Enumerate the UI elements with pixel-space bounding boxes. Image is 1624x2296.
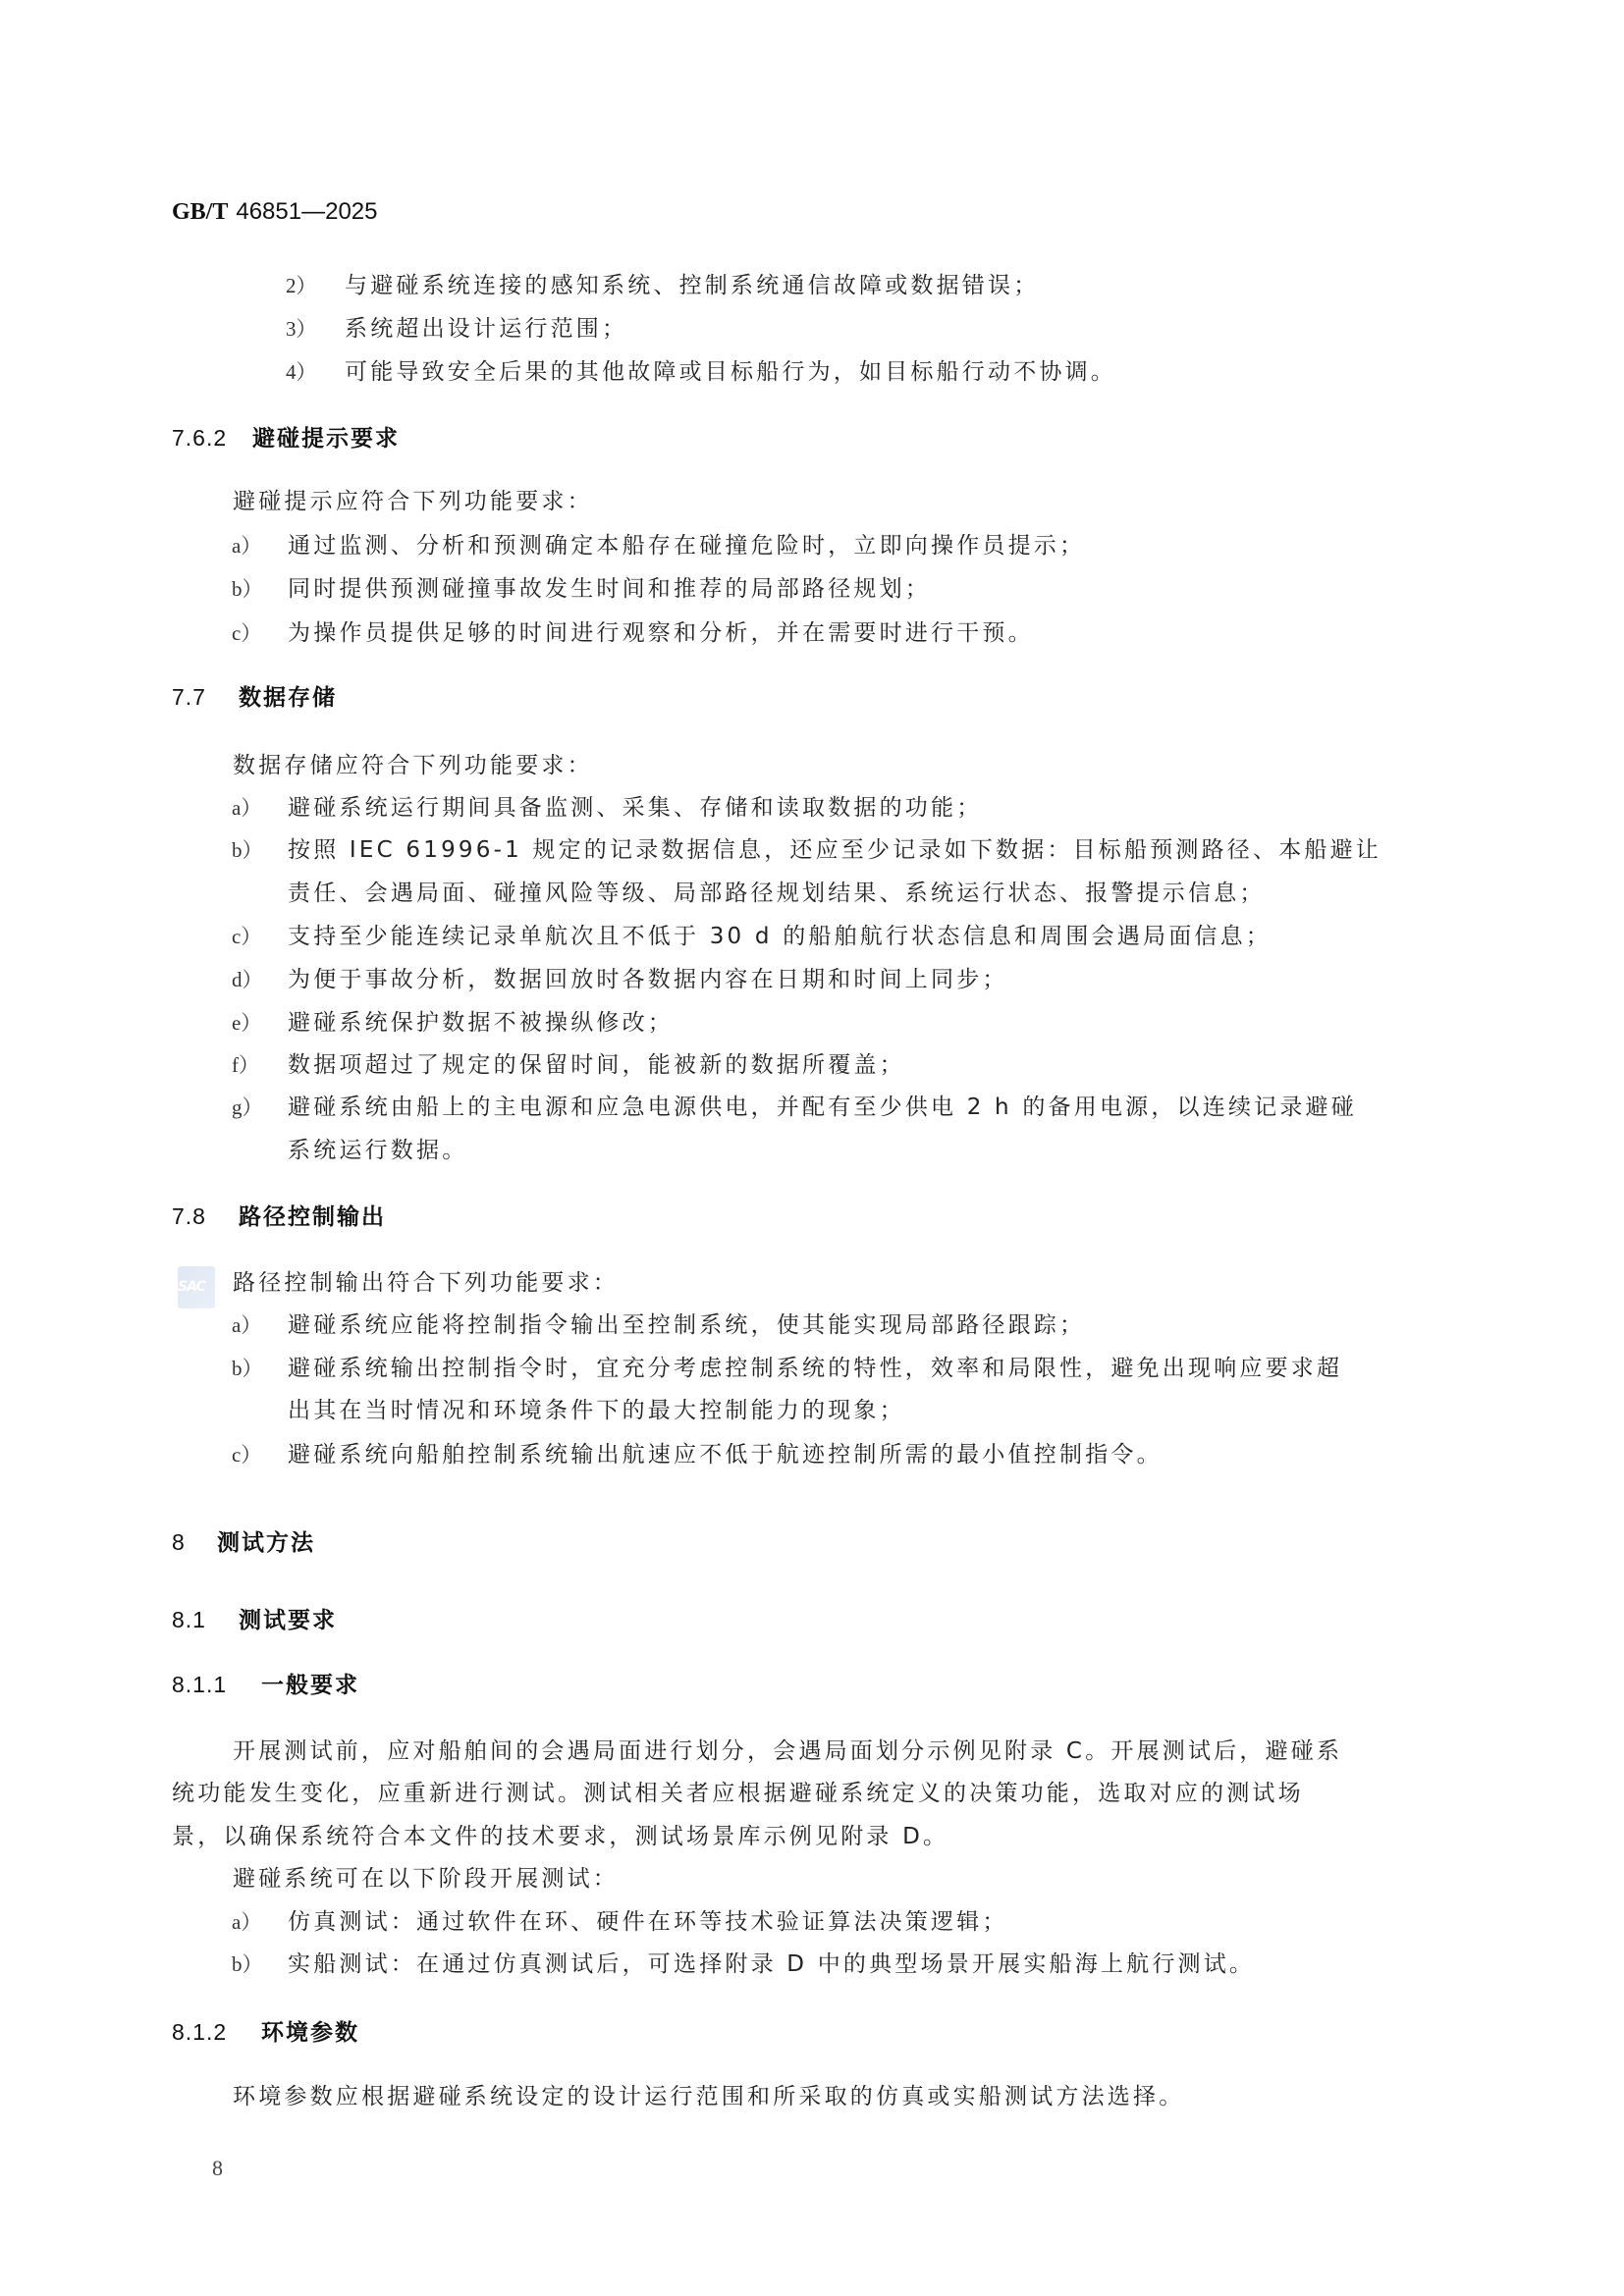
list-label: c） (232, 618, 261, 648)
section-number: 8 (172, 1527, 217, 1557)
paragraph-line: 统功能发生变化，应重新进行测试。测试相关者应根据避碰系统定义的决策功能，选取对应… (172, 1779, 1304, 1808)
list-label: e） (232, 1008, 261, 1038)
list-item: 可能导致安全后果的其他故障或目标船行为，如目标船行动不协调。 (345, 357, 1116, 387)
section-number: 7.8 (172, 1201, 239, 1231)
paragraph-line: 开展测试前，应对船舶间的会遇局面进行划分，会遇局面划分示例见附录 C。开展测试后… (233, 1736, 1342, 1766)
section-number: 8.1 (172, 1605, 239, 1634)
list-item: 避碰系统保护数据不被操纵修改； (288, 1008, 674, 1038)
list-item: 按照 IEC 61996-1 规定的记录数据信息，还应至少记录如下数据：目标船预… (288, 835, 1381, 865)
section-title: 测试要求 (239, 1608, 337, 1633)
section-title: 环境参数 (261, 2020, 359, 2046)
list-item-continuation: 责任、会遇局面、碰撞风险等级、局部路径规划结果、系统运行状态、报警提示信息； (288, 879, 1266, 908)
section-heading-7-8: 7.8路径控制输出 (172, 1201, 386, 1232)
standard-prefix: GB/T (172, 199, 228, 225)
section-title: 数据存储 (239, 685, 337, 711)
list-item: 实船测试：在通过仿真测试后，可选择附录 D 中的典型场景开展实船海上航行测试。 (288, 1949, 1255, 1979)
list-label: c） (232, 922, 261, 951)
section-title: 路径控制输出 (239, 1204, 386, 1230)
section-intro: 避碰提示应符合下列功能要求： (233, 487, 593, 516)
list-label: f） (232, 1050, 259, 1080)
section-intro: 避碰系统可在以下阶段开展测试： (233, 1864, 619, 1894)
section-intro: 路径控制输出符合下列功能要求： (233, 1268, 619, 1298)
list-label: a） (232, 531, 261, 561)
section-number: 8.1.2 (172, 2017, 261, 2047)
section-heading-8-1: 8.1测试要求 (172, 1605, 337, 1635)
list-item: 避碰系统由船上的主电源和应急电源供电，并配有至少供电 2 h 的备用电源，以连续… (288, 1093, 1357, 1122)
list-label: 2） (286, 271, 317, 300)
list-item: 避碰系统输出控制指令时，宜充分考虑控制系统的特性，效率和局限性，避免出现响应要求… (288, 1354, 1342, 1383)
list-item: 同时提供预测碰撞事故发生时间和推荐的局部路径规划； (288, 574, 931, 604)
list-item: 为操作员提供足够的时间进行观察和分析，并在需要时进行干预。 (288, 618, 1034, 648)
list-label: b） (232, 1354, 263, 1383)
list-label: 3） (286, 314, 317, 344)
list-label: b） (232, 574, 263, 604)
list-label: c） (232, 1440, 261, 1469)
list-item: 避碰系统应能将控制指令输出至控制系统，使其能实现局部路径跟踪； (288, 1310, 1085, 1340)
list-label: b） (232, 1949, 263, 1979)
section-title: 测试方法 (217, 1530, 315, 1556)
section-title: 避碰提示要求 (252, 426, 400, 452)
list-item: 通过监测、分析和预测确定本船存在碰撞危险时，立即向操作员提示； (288, 531, 1085, 561)
section-number: 8.1.1 (172, 1670, 261, 1699)
list-label: a） (232, 1907, 261, 1937)
list-label: 4） (286, 357, 317, 387)
list-item: 数据项超过了规定的保留时间，能被新的数据所覆盖； (288, 1050, 905, 1080)
list-item: 为便于事故分析，数据回放时各数据内容在日期和时间上同步； (288, 965, 1008, 994)
list-item: 仿真测试：通过软件在环、硬件在环等技术验证算法决策逻辑； (288, 1907, 1008, 1937)
paragraph-line: 环境参数应根据避碰系统设定的设计运行范围和所采取的仿真或实船测试方法选择。 (233, 2082, 1184, 2111)
section-heading-8-1-1: 8.1.1一般要求 (172, 1670, 359, 1700)
list-item-continuation: 出其在当时情况和环境条件下的最大控制能力的现象； (288, 1396, 905, 1425)
list-label: b） (232, 835, 263, 865)
page-number: 8 (212, 2156, 223, 2181)
section-number: 7.7 (172, 682, 239, 712)
list-label: g） (232, 1093, 263, 1122)
sac-watermark-logo: SAC (178, 1266, 215, 1308)
section-heading-8: 8测试方法 (172, 1527, 315, 1558)
section-intro: 数据存储应符合下列功能要求： (233, 751, 593, 780)
list-item-continuation: 系统运行数据。 (288, 1136, 467, 1165)
section-heading-7-7: 7.7数据存储 (172, 682, 337, 713)
section-heading-8-1-2: 8.1.2环境参数 (172, 2017, 359, 2048)
section-title: 一般要求 (261, 1673, 359, 1698)
list-label: d） (232, 965, 263, 994)
list-item: 系统超出设计运行范围； (345, 314, 627, 344)
paragraph-line: 景，以确保系统符合本文件的技术要求，测试场景库示例见附录 D。 (172, 1822, 948, 1851)
list-item: 避碰系统向船舶控制系统输出航速应不低于航迹控制所需的最小值控制指令。 (288, 1440, 1163, 1469)
list-label: a） (232, 793, 261, 823)
list-item: 支持至少能连续记录单航次且不低于 30 d 的船舶航行状态信息和周围会遇局面信息… (288, 922, 1272, 951)
list-label: a） (232, 1310, 261, 1340)
list-item: 与避碰系统连接的感知系统、控制系统通信故障或数据错误； (345, 271, 1039, 300)
section-number: 7.6.2 (172, 423, 252, 453)
standard-number: 46851—2025 (236, 198, 377, 225)
list-item: 避碰系统运行期间具备监测、采集、存储和读取数据的功能； (288, 793, 982, 823)
standard-header: GB/T46851—2025 (172, 196, 378, 227)
section-heading-7-6-2: 7.6.2避碰提示要求 (172, 423, 400, 454)
